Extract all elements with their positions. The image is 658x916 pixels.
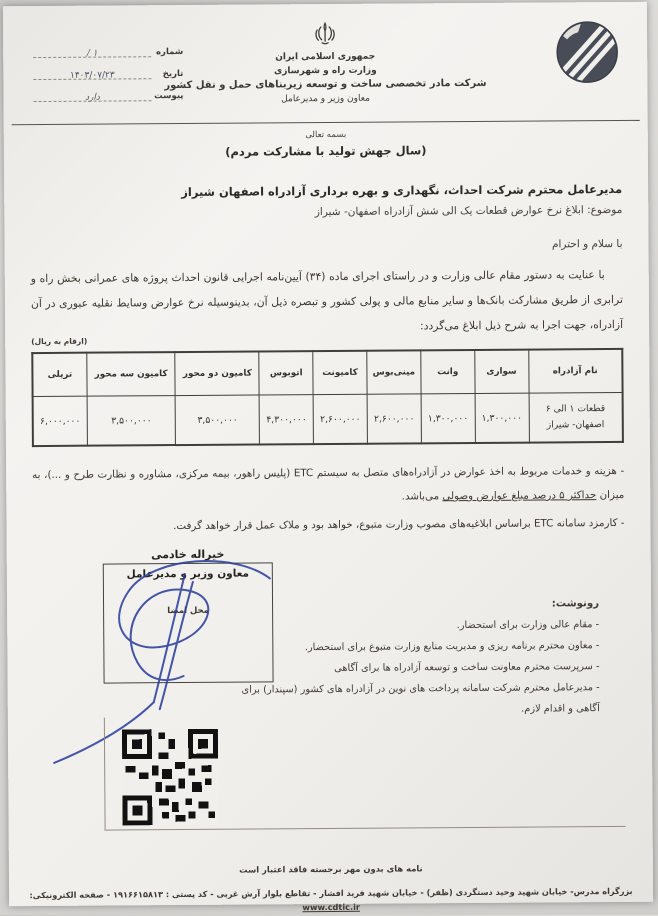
letter-number-value: ۱ / [87,49,98,59]
column-header-minibus: مینی‌بوس [367,350,421,394]
toll-table-data-row: قطعات ۱ الی ۶ اصفهان- شیراز ۱,۳۰۰,۰۰۰ ۱,… [33,392,623,446]
letterhead-divider [12,120,640,125]
cell-truck-3axle-toll: ۳,۵۰۰,۰۰۰ [87,396,176,446]
letter-attachment-value: دارد [85,93,100,103]
website-link[interactable]: www.cdtic.ir [302,902,360,912]
etc-fee-note: - کارمزد سامانه ETC براساس ابلاغیه‌های م… [32,511,624,539]
cc-item: - مقام عالی وزارت برای استحضار. [239,614,599,638]
letter-attachment-label: پیوست [151,91,183,101]
letter-number-field: شماره ۱ / [33,35,183,58]
cc-list: رونوشت: - مقام عالی وزارت برای استحضار. … [239,593,600,722]
iran-emblem-icon [310,18,340,48]
subject-line: موضوع: ابلاغ نرخ عوارض قطعات یک الی شش آ… [30,204,622,220]
column-header-truck-2axle: کامیون دو محور [175,351,259,395]
cc-title: رونوشت: [239,593,599,617]
letter-meta-fields: شماره ۱ / تاریخ ۱۴۰۳/۰۷/۲۳ پیوست دارد [33,35,183,102]
letter-date-field: تاریخ ۱۴۰۳/۰۷/۲۳ [33,57,183,80]
column-header-freeway-name: نام آزادراه [528,349,622,393]
signature-place-label: محل امضا [167,606,209,616]
column-header-truck-3axle: کامیون سه محور [87,352,176,396]
cell-car-toll: ۱,۳۰۰,۰۰۰ [475,393,529,443]
cell-minibus-toll: ۲,۶۰۰,۰۰۰ [367,394,421,444]
column-header-car: سواری [474,350,528,394]
year-slogan: (سال جهش تولید با مشارکت مردم) [4,142,648,160]
footer-address: بزرگراه مدرس- خیابان شهید وحید دستگردی (… [23,884,639,915]
scanned-letter-page: جمهوری اسلامی ایران وزارت راه و شهرسازی … [3,2,653,906]
cell-bus-toll: ۴,۳۰۰,۰۰۰ [259,395,313,445]
cell-trailer-toll: ۶,۰۰۰,۰۰۰ [33,396,88,446]
letterhead: جمهوری اسلامی ایران وزارت راه و شهرسازی … [3,2,648,118]
qr-code [122,729,219,826]
etc-cost-note: - هزینه و خدمات مربوط به اخذ عوارض در آز… [32,459,624,511]
letter-number-label: شماره [151,47,183,57]
column-header-trailer: تریلی [32,353,87,397]
cell-freeway-name: قطعات ۱ الی ۶ اصفهان- شیراز [529,392,623,442]
besmele-text: بسمه تعالی [4,128,648,142]
cell-pickup-toll: ۱,۳۰۰,۰۰۰ [421,393,475,443]
cell-truck-2axle-toll: ۳,۵۰۰,۰۰۰ [176,395,260,445]
cc-item: - سرپرست محترم معاونت ساخت و توسعه آزادر… [239,656,599,680]
cc-item: - معاون محترم برنامه ریزی و مدیریت منابع… [239,635,599,659]
toll-table-header-row: نام آزادراه سواری وانت مینی‌بوس کامیونت … [32,349,622,397]
company-logo-icon [555,20,619,84]
letter-date-label: تاریخ [151,69,183,79]
recipient-line: مدیرعامل محترم شرکت احداث، نگهداری و بهر… [30,182,622,200]
signer-title: معاون وزیر و مدیرعامل [104,567,272,580]
body-paragraph: با عنایت به دستور مقام عالی وزارت و در ر… [31,262,624,341]
letter-date-value: ۱۴۰۳/۰۷/۲۳ [70,70,115,80]
validity-note: نامه های بدون مهر برجسته فاقد اعتبار است [9,862,653,876]
salutation-line: با سلام و احترام [31,238,623,254]
letter-attachment-field: پیوست دارد [33,79,183,102]
etc-cost-underlined: حداکثر ۵ درصد مبلغ عوارض وصولی [442,489,596,502]
column-header-pickup: وانت [421,350,475,394]
column-header-bus: اتوبوس [259,351,313,395]
toll-table: نام آزادراه سواری وانت مینی‌بوس کامیونت … [31,348,624,447]
column-header-small-truck: کامیونت [313,351,367,395]
cell-small-truck-toll: ۲,۶۰۰,۰۰۰ [313,394,367,444]
signer-name: خیراله خادمی [93,547,283,561]
